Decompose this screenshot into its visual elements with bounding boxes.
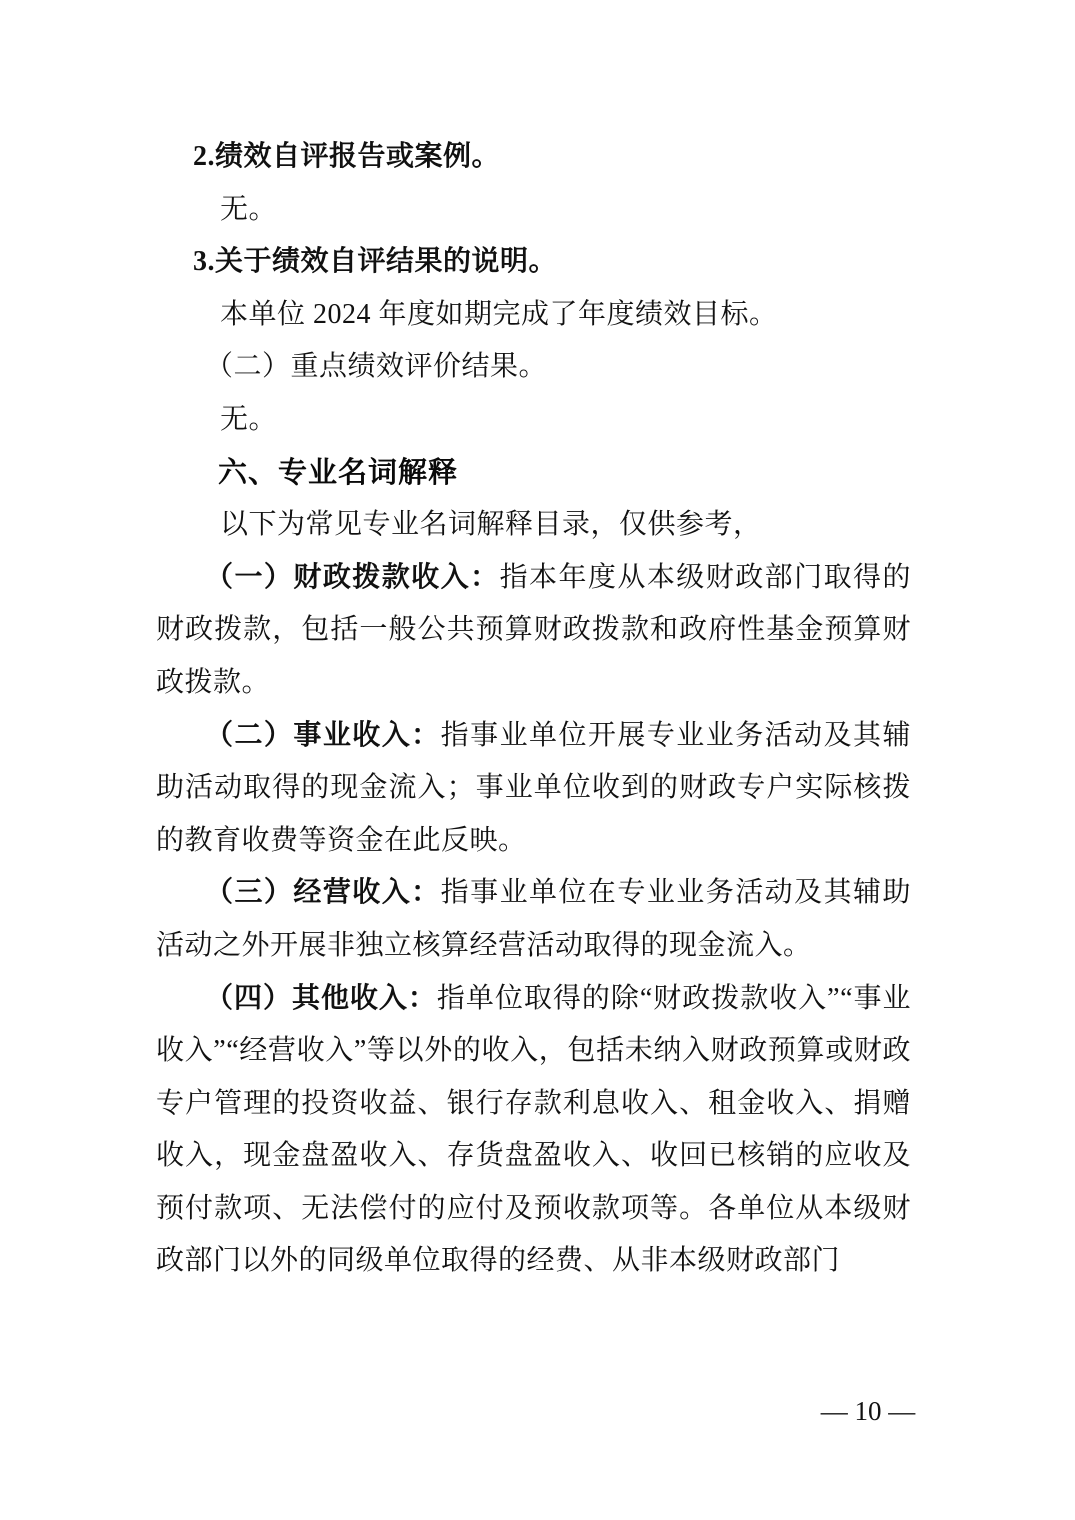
document-page: 2.绩效自评报告或案例。 无。 3.关于绩效自评结果的说明。 本单位 2024 … — [0, 0, 1075, 1520]
term-label: （四）其他收入： — [205, 983, 437, 1014]
self-eval-explanation-value: 本单位 2024 年度如期完成了年度绩效目标。 — [156, 289, 911, 342]
term-description: 指单位取得的除“财政拨款收入”“事业收入”“经营收入”等以外的收入，包括未纳入财… — [156, 983, 911, 1277]
heading-self-eval-explanation: 3.关于绩效自评结果的说明。 — [156, 236, 911, 289]
subheading-key-performance-evaluation: （二）重点绩效评价结果。 — [156, 341, 911, 394]
glossary-term-business-income: （三）经营收入：指事业单位在专业业务活动及其辅助活动之外开展非独立核算经营活动取… — [156, 867, 911, 972]
page-footer: — 10 — — [813, 1394, 923, 1428]
self-eval-report-value: 无。 — [156, 184, 911, 237]
glossary-term-operating-income-institution: （二）事业收入：指事业单位开展专业业务活动及其辅助活动取得的现金流入；事业单位收… — [156, 710, 911, 868]
term-label: （三）经营收入： — [205, 877, 441, 908]
section-heading-glossary: 六、专业名词解释 — [156, 447, 911, 500]
heading-self-eval-report: 2.绩效自评报告或案例。 — [156, 131, 911, 184]
glossary-intro: 以下为常见专业名词解释目录，仅供参考， — [156, 499, 911, 552]
term-label: （二）事业收入： — [205, 720, 441, 751]
glossary-term-fiscal-appropriation-income: （一）财政拨款收入：指本年度从本级财政部门取得的财政拨款，包括一般公共预算财政拨… — [156, 552, 911, 710]
key-performance-evaluation-value: 无。 — [156, 394, 911, 447]
glossary-term-other-income: （四）其他收入：指单位取得的除“财政拨款收入”“事业收入”“经营收入”等以外的收… — [156, 973, 911, 1289]
page-number: — 10 — — [821, 1396, 916, 1426]
term-label: （一）财政拨款收入： — [205, 562, 500, 593]
page-content: 2.绩效自评报告或案例。 无。 3.关于绩效自评结果的说明。 本单位 2024 … — [156, 131, 911, 1288]
